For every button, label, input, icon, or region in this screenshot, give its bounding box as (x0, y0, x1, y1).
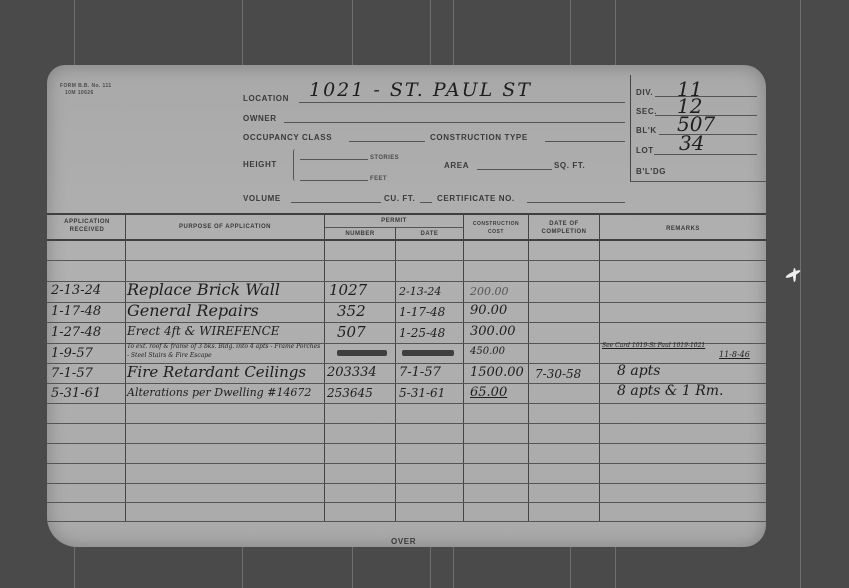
volume-underline (291, 202, 381, 203)
row-permit-date: 5-31-61 (399, 386, 445, 400)
row-cost: 65.00 (470, 385, 507, 400)
dust-speck (793, 268, 796, 282)
row-rule (47, 463, 766, 464)
row-rule (47, 423, 766, 424)
row-permit-number: 507 (337, 323, 366, 341)
row-purpose: Fire Retardant Ceilings (127, 363, 306, 381)
row-received: 1-17-48 (51, 304, 101, 319)
permit-subheader-divider (325, 227, 463, 228)
header-permit: PERMIT (325, 217, 463, 225)
row-received: 1-27-48 (51, 325, 101, 340)
row-cost: 1500.00 (470, 365, 524, 380)
row-purpose: General Repairs (127, 301, 259, 320)
lot-box-bottom (630, 181, 766, 182)
row-remarks-date: 11-8-46 (719, 350, 750, 359)
header-application-received: APPLICATION RECEIVED (49, 218, 125, 234)
header-date-of-completion: DATE OF COMPLETION (529, 220, 599, 236)
occupancy-class-underline (349, 141, 425, 142)
row-permit-number: 1027 (329, 281, 367, 299)
row-rule (47, 521, 766, 522)
row-permit-date: 7-1-57 (399, 365, 441, 380)
row-permit-date: 1-25-48 (399, 326, 445, 340)
row-received: 1-9-57 (51, 346, 93, 361)
row-permit-date: 2-13-24 (399, 285, 441, 298)
cu-ft-label: CU. FT. (384, 194, 415, 203)
header-construction-cost: CONSTRUCTION COST (464, 220, 528, 236)
location-value: 1021 - ST. PAUL ST (309, 79, 532, 101)
stories-underline (300, 159, 368, 160)
row-purpose: Alterations per Dwelling #14672 (127, 386, 311, 399)
sec-label: SEC. (636, 107, 657, 116)
row-completion: 7-30-58 (535, 367, 581, 381)
height-label: HEIGHT (243, 160, 277, 169)
row-remarks: 8 apts & 1 Rm. (617, 383, 723, 399)
row-rule (47, 322, 766, 323)
header-permit-number: NUMBER (325, 230, 395, 238)
sq-ft-label: SQ. FT. (554, 161, 585, 170)
lot-label: LOT (636, 146, 654, 155)
row-remarks: See Card 1019-St Paul 1019-1021 (602, 342, 712, 350)
header-purpose: PURPOSE OF APPLICATION (127, 223, 323, 231)
div-underline (655, 96, 757, 97)
column-divider (395, 227, 396, 521)
building-permit-record-card: FORM B.B. No. 111 10M 10626 LOCATION 102… (47, 65, 766, 547)
row-remarks: 8 apts (617, 363, 660, 379)
header-permit-date: DATE (396, 230, 463, 238)
lot-value: 34 (679, 131, 704, 155)
row-permit-number: 352 (337, 302, 366, 320)
header-remarks: REMARKS (600, 225, 766, 233)
owner-underline (284, 122, 625, 123)
table-top-border (47, 213, 766, 215)
struck-out-permit-date (402, 350, 454, 356)
row-permit-number: 203334 (327, 365, 377, 380)
row-cost: 200.00 (470, 285, 509, 298)
area-label: AREA (444, 161, 469, 170)
struck-out-permit-number (337, 350, 387, 356)
blk-label: BL'K (636, 126, 657, 135)
feet-label: FEET (370, 176, 387, 182)
form-print-code: 10M 10626 (65, 90, 94, 96)
row-received: 2-13-24 (51, 283, 101, 298)
row-purpose: To ext. roof & frame of 3 bks. Bldg. int… (127, 342, 323, 360)
volume-label: VOLUME (243, 194, 281, 203)
construction-type-label: CONSTRUCTION TYPE (430, 133, 528, 142)
row-cost: 450.00 (470, 346, 505, 357)
row-received: 5-31-61 (51, 386, 101, 401)
area-underline (477, 169, 552, 170)
div-label: DIV. (636, 88, 653, 97)
row-rule (47, 403, 766, 404)
height-brace (293, 149, 298, 181)
certificate-label: CERTIFICATE NO. (437, 194, 515, 203)
row-rule (47, 443, 766, 444)
occupancy-class-label: OCCUPANCY CLASS (243, 133, 332, 142)
table-header-bottom (47, 239, 766, 241)
row-purpose: Erect 4ft & WIREFENCE (127, 324, 280, 338)
lot-underline (654, 154, 757, 155)
row-permit-date: 1-17-48 (399, 305, 445, 319)
feet-underline (300, 180, 368, 181)
construction-type-underline (545, 141, 625, 142)
cu-ft-underline (420, 202, 432, 203)
lot-box-border (630, 75, 631, 181)
location-label: LOCATION (243, 94, 289, 103)
owner-label: OWNER (243, 114, 277, 123)
row-rule (47, 502, 766, 503)
bldg-label: B'L'DG (636, 167, 666, 176)
row-rule (47, 483, 766, 484)
row-cost: 300.00 (470, 324, 516, 339)
film-scratch (800, 0, 801, 588)
form-number: FORM B.B. No. 111 (60, 83, 112, 89)
row-purpose: Replace Brick Wall (127, 280, 280, 299)
over-label: OVER (391, 537, 416, 546)
row-rule (47, 260, 766, 261)
location-underline (299, 102, 625, 103)
certificate-underline (527, 202, 625, 203)
stories-label: STORIES (370, 155, 399, 161)
row-received: 7-1-57 (51, 366, 93, 381)
row-permit-number: 253645 (327, 386, 373, 400)
row-cost: 90.00 (470, 303, 507, 318)
